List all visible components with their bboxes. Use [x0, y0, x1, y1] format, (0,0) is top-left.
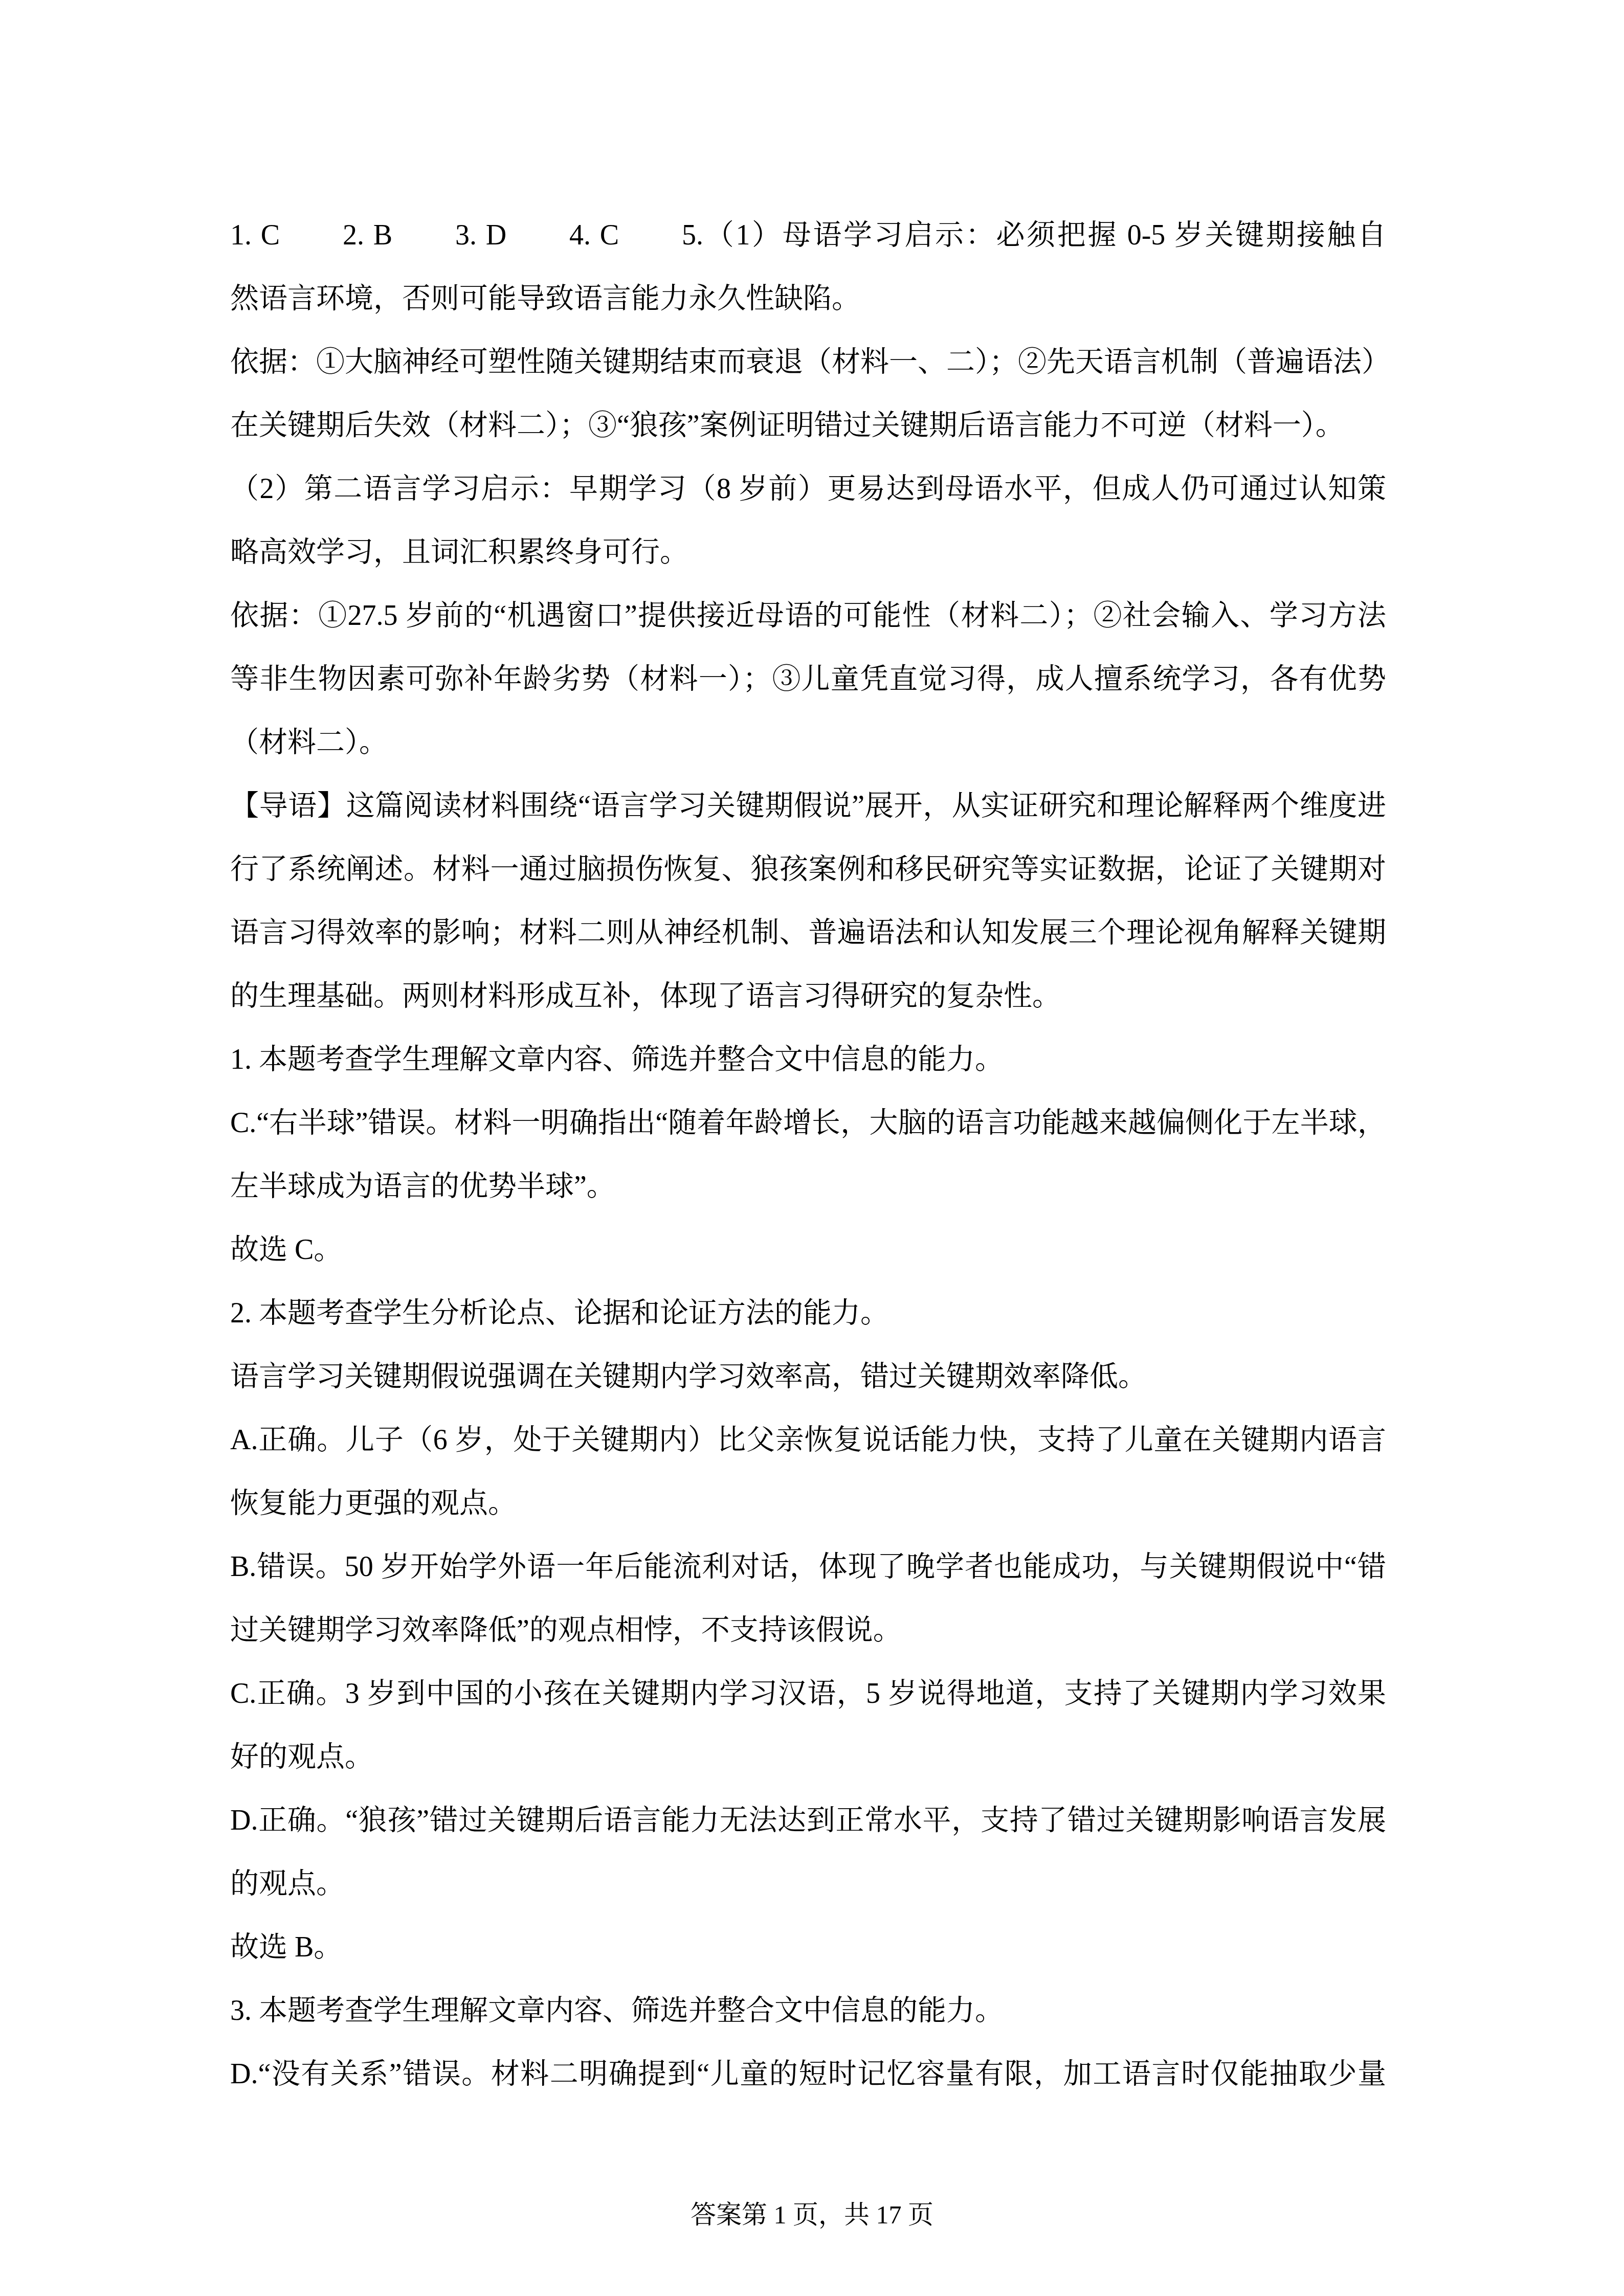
- text-line: C.“右半球”错误。材料一明确指出“随着年龄增长，大脑的语言功能越来越偏侧化于左…: [230, 1091, 1386, 1155]
- paragraph: B.错误。50 岁开始学外语一年后能流利对话，体现了晚学者也能成功，与关键期假说…: [230, 1535, 1386, 1662]
- text-line: 【导语】这篇阅读材料围绕“语言学习关键期假说”展开，从实证研究和理论解释两个维度…: [230, 774, 1386, 838]
- text-line: C.正确。3 岁到中国的小孩在关键期内学习汉语，5 岁说得地道，支持了关键期内学…: [230, 1662, 1386, 1725]
- text-line: 2. 本题考查学生分析论点、论据和论证方法的能力。: [230, 1281, 1386, 1345]
- text-line: （2）第二语言学习启示：早期学习（8 岁前）更易达到母语水平，但成人仍可通过认知…: [230, 457, 1386, 521]
- text-line: 1. C 2. B 3. D 4. C 5.（1）母语学习启示：必须把握 0-5…: [230, 204, 1386, 267]
- page-footer: 答案第 1 页，共 17 页: [0, 2199, 1624, 2231]
- text-line: 1. 本题考查学生理解文章内容、筛选并整合文中信息的能力。: [230, 1028, 1386, 1091]
- text-line: 语言学习关键期假说强调在关键期内学习效率高，错过关键期效率降低。: [230, 1345, 1386, 1408]
- text-line: 左半球成为语言的优势半球”。: [230, 1155, 1386, 1218]
- answer-text-block: 1. C 2. B 3. D 4. C 5.（1）母语学习启示：必须把握 0-5…: [230, 204, 1386, 2106]
- paragraph: 1. C 2. B 3. D 4. C 5.（1）母语学习启示：必须把握 0-5…: [230, 204, 1386, 330]
- paragraph: D.正确。“狼孩”错过关键期后语言能力无法达到正常水平，支持了错过关键期影响语言…: [230, 1789, 1386, 1916]
- text-line: 行了系统阐述。材料一通过脑损伤恢复、狼孩案例和移民研究等实证数据，论证了关键期对: [230, 838, 1386, 901]
- text-line: 恢复能力更强的观点。: [230, 1472, 1386, 1535]
- text-line: 的生理基础。两则材料形成互补，体现了语言习得研究的复杂性。: [230, 964, 1386, 1028]
- paragraph: 1. 本题考查学生理解文章内容、筛选并整合文中信息的能力。: [230, 1028, 1386, 1091]
- paragraph: A.正确。儿子（6 岁，处于关键期内）比父亲恢复说话能力快，支持了儿童在关键期内…: [230, 1408, 1386, 1535]
- text-line: 等非生物因素可弥补年龄劣势（材料一）；③儿童凭直觉习得，成人擅系统学习，各有优势: [230, 647, 1386, 711]
- paragraph: 语言学习关键期假说强调在关键期内学习效率高，错过关键期效率降低。: [230, 1345, 1386, 1408]
- paragraph: 故选 C。: [230, 1218, 1386, 1281]
- text-line: A.正确。儿子（6 岁，处于关键期内）比父亲恢复说话能力快，支持了儿童在关键期内…: [230, 1408, 1386, 1472]
- paragraph: 【导语】这篇阅读材料围绕“语言学习关键期假说”展开，从实证研究和理论解释两个维度…: [230, 774, 1386, 1028]
- paragraph: （2）第二语言学习启示：早期学习（8 岁前）更易达到母语水平，但成人仍可通过认知…: [230, 457, 1386, 584]
- text-line: 依据：①大脑神经可塑性随关键期结束而衰退（材料一、二）；②先天语言机制（普遍语法…: [230, 330, 1386, 394]
- text-line: D.正确。“狼孩”错过关键期后语言能力无法达到正常水平，支持了错过关键期影响语言…: [230, 1789, 1386, 1852]
- text-line: 语言习得效率的影响；材料二则从神经机制、普遍语法和认知发展三个理论视角解释关键期: [230, 901, 1386, 964]
- text-line: 在关键期后失效（材料二）；③“狼孩”案例证明错过关键期后语言能力不可逆（材料一）…: [230, 394, 1386, 457]
- paragraph: C.正确。3 岁到中国的小孩在关键期内学习汉语，5 岁说得地道，支持了关键期内学…: [230, 1662, 1386, 1789]
- paragraph: C.“右半球”错误。材料一明确指出“随着年龄增长，大脑的语言功能越来越偏侧化于左…: [230, 1091, 1386, 1218]
- paragraph: 故选 B。: [230, 1916, 1386, 1979]
- text-line: 好的观点。: [230, 1725, 1386, 1789]
- text-line: 依据：①27.5 岁前的“机遇窗口”提供接近母语的可能性（材料二）；②社会输入、…: [230, 584, 1386, 647]
- paragraph: 2. 本题考查学生分析论点、论据和论证方法的能力。: [230, 1281, 1386, 1345]
- paragraph: 依据：①27.5 岁前的“机遇窗口”提供接近母语的可能性（材料二）；②社会输入、…: [230, 584, 1386, 774]
- text-line: 略高效学习，且词汇积累终身可行。: [230, 521, 1386, 584]
- text-line: 的观点。: [230, 1852, 1386, 1916]
- text-line: D.“没有关系”错误。材料二明确提到“儿童的短时记忆容量有限，加工语言时仅能抽取…: [230, 2042, 1386, 2106]
- paragraph: D.“没有关系”错误。材料二明确提到“儿童的短时记忆容量有限，加工语言时仅能抽取…: [230, 2042, 1386, 2106]
- text-line: 过关键期学习效率降低”的观点相悖，不支持该假说。: [230, 1599, 1386, 1662]
- text-line: （材料二）。: [230, 711, 1386, 774]
- text-line: 3. 本题考查学生理解文章内容、筛选并整合文中信息的能力。: [230, 1979, 1386, 2042]
- text-line: B.错误。50 岁开始学外语一年后能流利对话，体现了晚学者也能成功，与关键期假说…: [230, 1535, 1386, 1599]
- document-page: 1. C 2. B 3. D 4. C 5.（1）母语学习启示：必须把握 0-5…: [0, 0, 1624, 2296]
- paragraph: 依据：①大脑神经可塑性随关键期结束而衰退（材料一、二）；②先天语言机制（普遍语法…: [230, 330, 1386, 457]
- text-line: 故选 C。: [230, 1218, 1386, 1281]
- text-line: 然语言环境，否则可能导致语言能力永久性缺陷。: [230, 267, 1386, 330]
- paragraph: 3. 本题考查学生理解文章内容、筛选并整合文中信息的能力。: [230, 1979, 1386, 2042]
- text-line: 故选 B。: [230, 1916, 1386, 1979]
